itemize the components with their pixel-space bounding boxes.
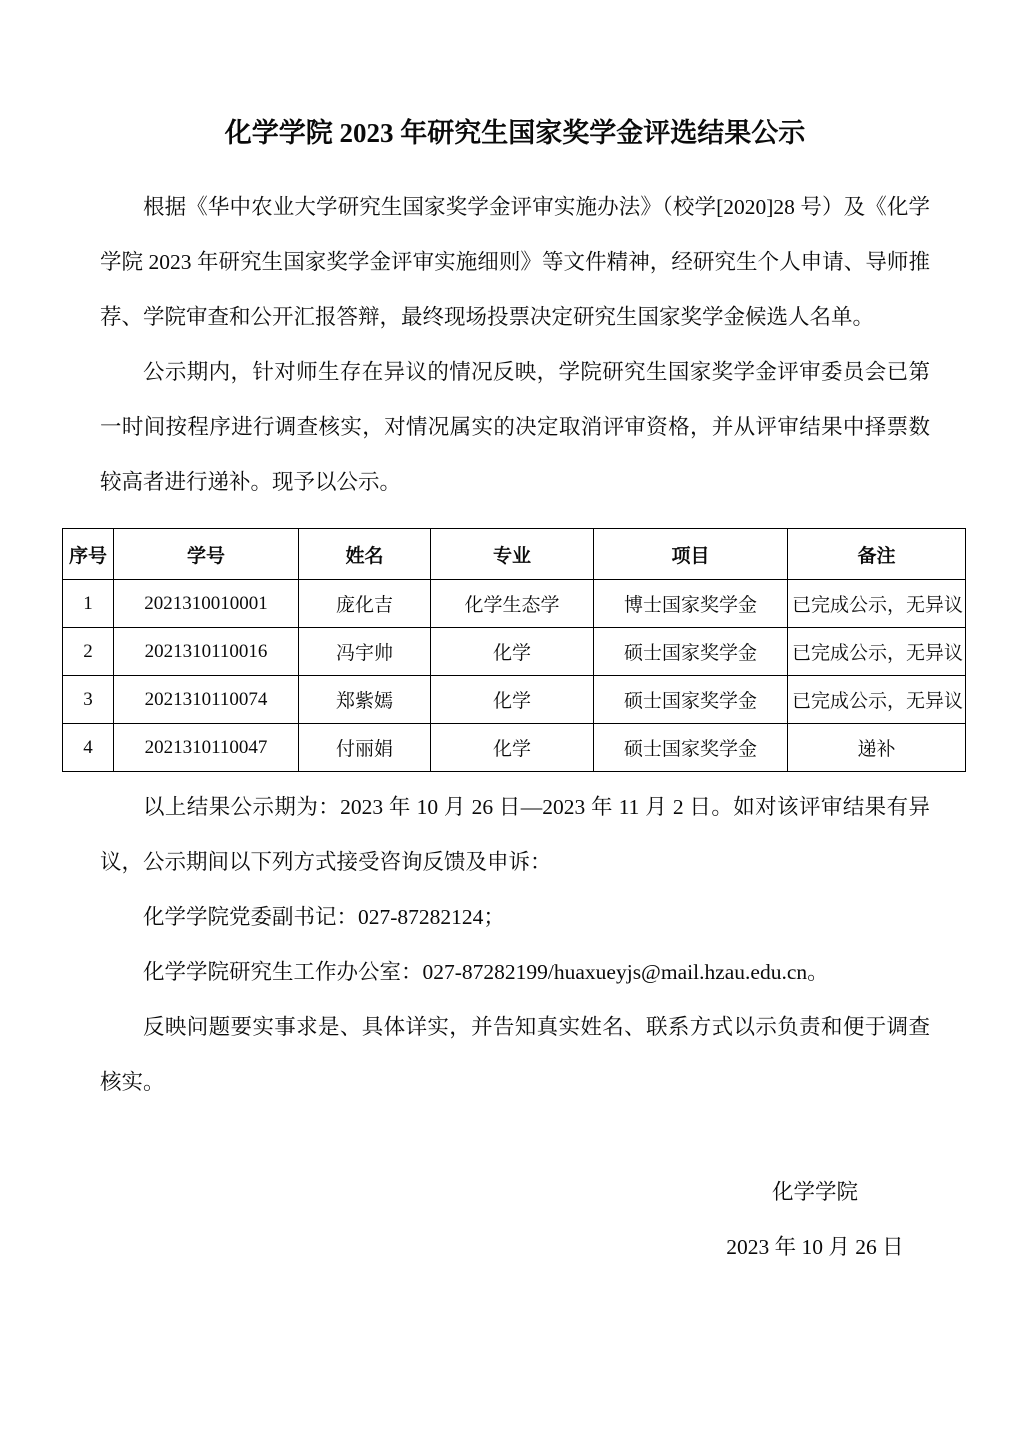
table-header-row: 序号学号姓名专业项目备注 — [63, 529, 966, 580]
contact-graduate-office: 化学学院研究生工作办公室：027-87282199/huaxueyjs@mail… — [100, 945, 930, 1000]
table-row: 42021310110047付丽娟化学硕士国家奖学金递补 — [63, 724, 966, 772]
document-title: 化学学院 2023 年研究生国家奖学金评选结果公示 — [100, 112, 930, 154]
table-cell: 庞化吉 — [299, 580, 431, 628]
paragraph-publicity-process: 公示期内，针对师生存在异议的情况反映，学院研究生国家奖学金评审委员会已第一时间按… — [100, 345, 930, 510]
contact-party-secretary: 化学学院党委副书记：027-87282124； — [100, 890, 930, 945]
table-cell: 化学 — [431, 676, 594, 724]
table-cell: 博士国家奖学金 — [594, 580, 788, 628]
table-cell: 化学 — [431, 628, 594, 676]
column-header: 序号 — [63, 529, 114, 580]
table-cell: 已完成公示，无异议 — [788, 676, 966, 724]
table-cell: 付丽娟 — [299, 724, 431, 772]
column-header: 备注 — [788, 529, 966, 580]
signature-block: 化学学院 2023 年 10 月 26 日 — [700, 1165, 930, 1275]
signature-date: 2023 年 10 月 26 日 — [700, 1220, 930, 1275]
table-cell: 3 — [63, 676, 114, 724]
table-cell: 冯宇帅 — [299, 628, 431, 676]
table-row: 12021310010001庞化吉化学生态学博士国家奖学金已完成公示，无异议 — [63, 580, 966, 628]
table-cell: 4 — [63, 724, 114, 772]
table-cell: 2021310010001 — [114, 580, 299, 628]
paragraph-basis: 根据《华中农业大学研究生国家奖学金评审实施办法》（校学[2020]28 号）及《… — [100, 180, 930, 345]
table-cell: 2021310110074 — [114, 676, 299, 724]
table-cell: 已完成公示，无异议 — [788, 628, 966, 676]
results-table: 序号学号姓名专业项目备注 12021310010001庞化吉化学生态学博士国家奖… — [62, 528, 966, 772]
table-cell: 递补 — [788, 724, 966, 772]
table-cell: 郑紫嫣 — [299, 676, 431, 724]
table-cell: 1 — [63, 580, 114, 628]
table-row: 32021310110074郑紫嫣化学硕士国家奖学金已完成公示，无异议 — [63, 676, 966, 724]
table-cell: 2021310110047 — [114, 724, 299, 772]
table-row: 22021310110016冯宇帅化学硕士国家奖学金已完成公示，无异议 — [63, 628, 966, 676]
announcement-page: 化学学院 2023 年研究生国家奖学金评选结果公示 根据《华中农业大学研究生国家… — [0, 0, 1024, 1449]
table-cell: 化学生态学 — [431, 580, 594, 628]
table-cell: 硕士国家奖学金 — [594, 676, 788, 724]
column-header: 专业 — [431, 529, 594, 580]
signature-organization: 化学学院 — [700, 1165, 930, 1220]
column-header: 姓名 — [299, 529, 431, 580]
paragraph-publicity-period: 以上结果公示期为：2023 年 10 月 26 日—2023 年 11 月 2 … — [100, 780, 930, 890]
table-cell: 硕士国家奖学金 — [594, 628, 788, 676]
table-cell: 化学 — [431, 724, 594, 772]
table-cell: 2021310110016 — [114, 628, 299, 676]
table-cell: 硕士国家奖学金 — [594, 724, 788, 772]
table-cell: 已完成公示，无异议 — [788, 580, 966, 628]
table-cell: 2 — [63, 628, 114, 676]
column-header: 学号 — [114, 529, 299, 580]
paragraph-feedback-requirements: 反映问题要实事求是、具体详实，并告知真实姓名、联系方式以示负责和便于调查核实。 — [100, 1000, 930, 1110]
table-body: 12021310010001庞化吉化学生态学博士国家奖学金已完成公示，无异议22… — [63, 580, 966, 772]
column-header: 项目 — [594, 529, 788, 580]
